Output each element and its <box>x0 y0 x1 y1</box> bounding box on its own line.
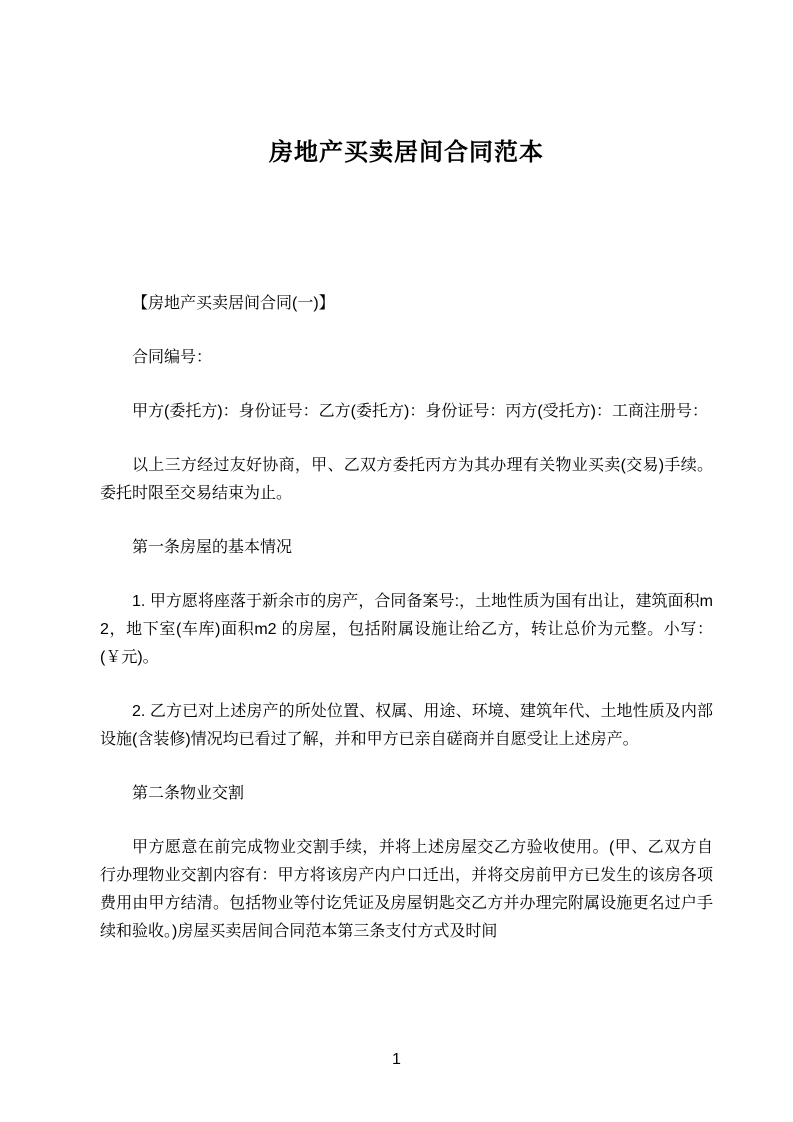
article-1-clause-1: 1. 甲方愿将座落于新余市的房产，合同备案号:，土地性质为国有出让，建筑面积m2… <box>100 588 713 672</box>
document-content: 房地产买卖居间合同范本 【房地产买卖居间合同(一)】 合同编号： 甲方(委托方)… <box>100 0 713 972</box>
article-2-body: 甲方愿意在前完成物业交割手续，并将上述房屋交乙方验收使用。(甲、乙双方自行办理物… <box>100 834 713 946</box>
parties-line: 甲方(委托方)：身份证号：乙方(委托方)：身份证号：丙方(受托方)：工商注册号： <box>100 398 713 426</box>
article-1-clause-2: 2. 乙方已对上述房产的所处位置、权属、用途、环境、建筑年代、土地性质及内部设施… <box>100 698 713 754</box>
preamble-paragraph: 以上三方经过友好协商，甲、乙双方委托丙方为其办理有关物业买卖(交易)手续。委托时… <box>100 452 713 508</box>
article-1-heading: 第一条房屋的基本情况 <box>100 534 713 562</box>
document-page: 房地产买卖居间合同范本 【房地产买卖居间合同(一)】 合同编号： 甲方(委托方)… <box>0 0 793 1122</box>
document-title: 房地产买卖居间合同范本 <box>100 140 713 166</box>
section-marker: 【房地产买卖居间合同(一)】 <box>100 290 713 318</box>
contract-number-line: 合同编号： <box>100 344 713 372</box>
article-2-heading: 第二条物业交割 <box>100 780 713 808</box>
page-number: 1 <box>0 1048 793 1072</box>
